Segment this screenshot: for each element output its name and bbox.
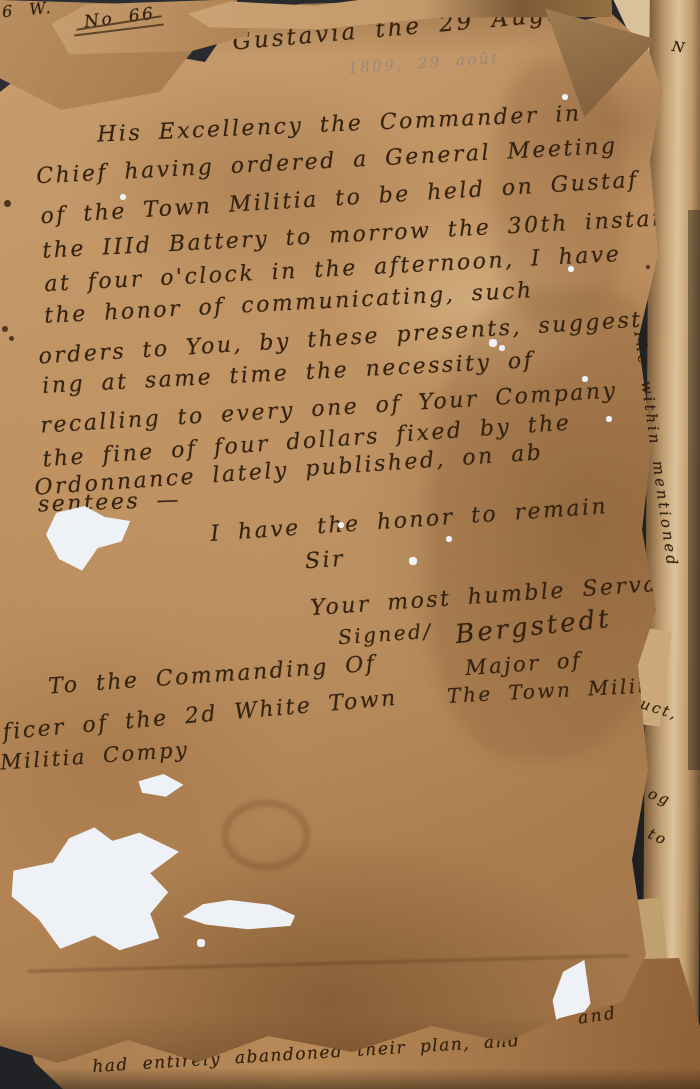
manuscript-scan: had entirely abandoned their plan, and G…: [0, 0, 700, 1089]
ink-blot: [646, 265, 650, 269]
paper-hole: [136, 774, 186, 798]
closing-line: Sir: [304, 547, 346, 575]
signed-label: Signed/: [337, 619, 433, 650]
archival-pencil-note: 1809, 29 août: [348, 49, 501, 78]
paper-hole: [183, 898, 295, 932]
ring-stain: [222, 800, 310, 870]
paper-crease: [28, 954, 628, 973]
ink-blot: [2, 326, 8, 332]
manuscript-page: Gustavia the 29 August 1809, 29 août Sir…: [0, 0, 700, 1089]
edge-fragment: N: [671, 39, 688, 57]
ink-blot: [9, 336, 14, 341]
paper-hole: [8, 822, 188, 957]
page-gap-shadow: [688, 210, 700, 770]
ink-blot: [4, 200, 11, 207]
paper-hole: [46, 506, 132, 574]
